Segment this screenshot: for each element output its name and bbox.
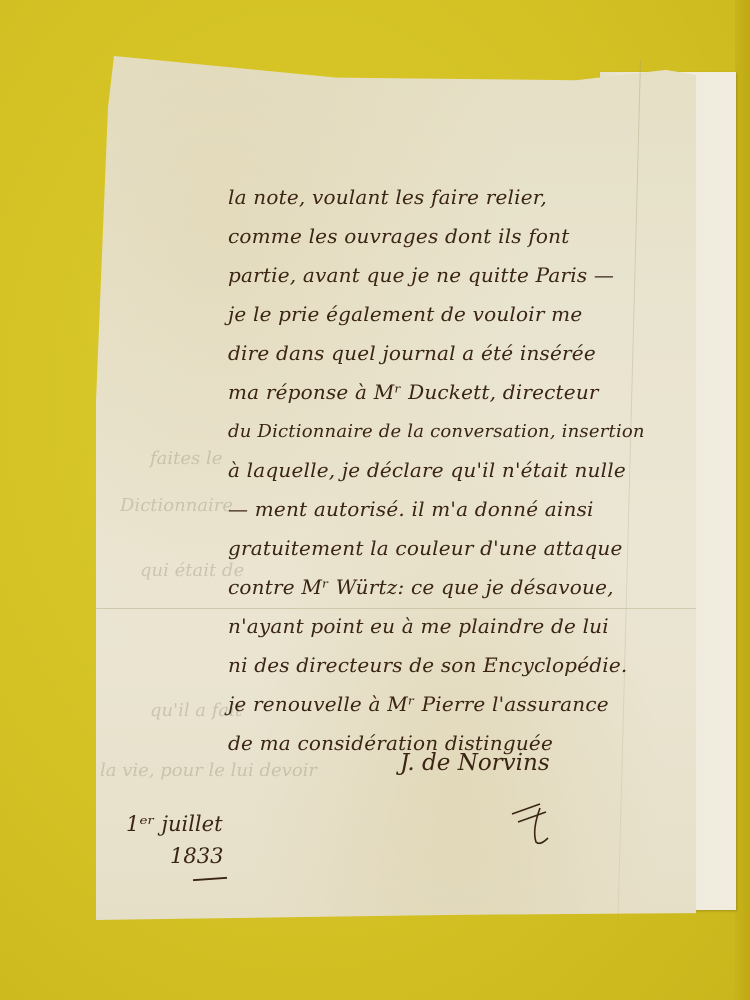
letter-line: ma réponse à Mʳ Duckett, directeur <box>228 373 698 412</box>
letter-line: je le prie également de vouloir me <box>228 295 698 334</box>
bleed-through-text: faites le <box>150 448 222 469</box>
letter-body: la note, voulant les faire relier, comme… <box>228 178 698 763</box>
letter-line: dire dans quel journal a été insérée <box>228 334 698 373</box>
letter-line: ni des directeurs de son Encyclopédie. <box>228 646 698 685</box>
letter-line: comme les ouvrages dont ils font <box>228 217 698 256</box>
letter-line: — ment autorisé. il m'a donné ainsi <box>228 490 698 529</box>
letter-date: 1ᵉʳ juillet 1833 <box>126 808 223 872</box>
signature-flourish-icon <box>510 800 570 850</box>
letter-line: gratuitement la couleur d'une attaque <box>228 529 698 568</box>
background-edge <box>735 0 750 1000</box>
bleed-through-text: la vie, pour le lui devoir <box>100 760 317 781</box>
letter-line: à laquelle, je déclare qu'il n'était nul… <box>228 451 698 490</box>
signature: J. de Norvins <box>400 750 550 776</box>
letter-line: du Dictionnaire de la conversation, inse… <box>228 412 698 451</box>
letter-line: contre Mʳ Würtz: ce que je désavoue, <box>228 568 698 607</box>
letter-line: la note, voulant les faire relier, <box>228 178 698 217</box>
letter-line: je renouvelle à Mʳ Pierre l'assurance <box>228 685 698 724</box>
date-year: 1833 <box>126 840 223 872</box>
bleed-through-text: Dictionnaire <box>120 495 233 516</box>
letter-line: partie, avant que je ne quitte Paris — <box>228 256 698 295</box>
letter-line: n'ayant point eu à me plaindre de lui <box>228 607 698 646</box>
date-day-month: 1ᵉʳ juillet <box>126 808 223 840</box>
